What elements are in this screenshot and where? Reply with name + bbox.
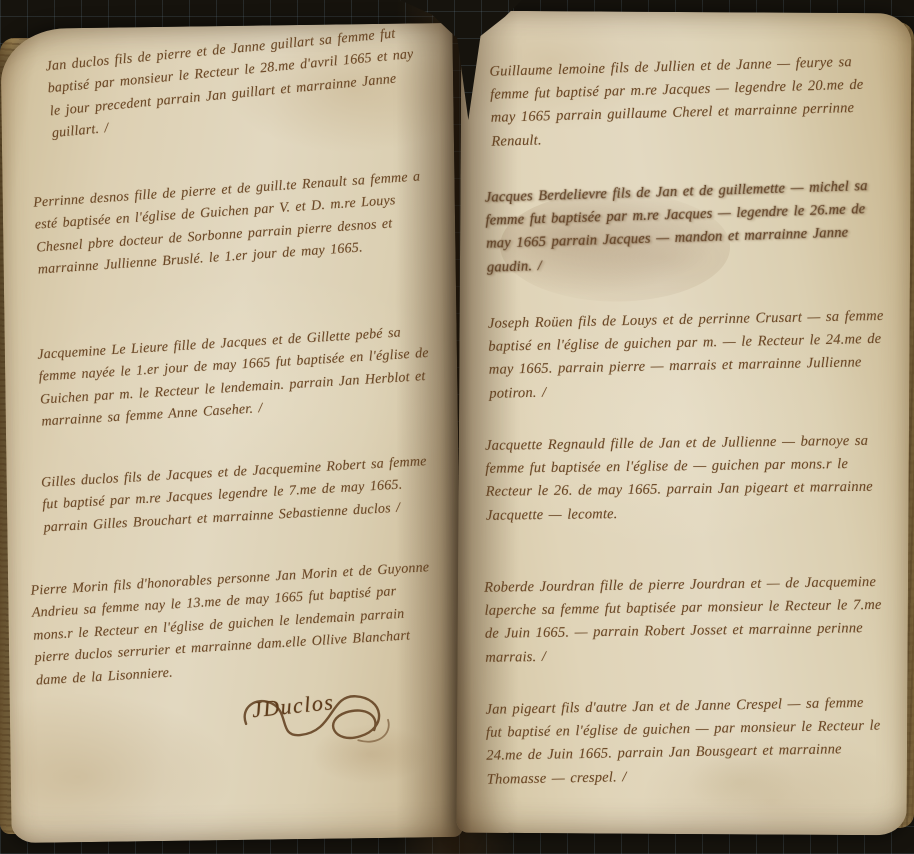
priest-signature: JDuclos [252, 693, 335, 720]
baptism-entry-roberde-jourdran: Roberde Jourdran fille de pierre Jourdra… [484, 571, 885, 670]
baptism-entry-jacquette-regnauld: Jacquette Regnauld fille de Jan et de Ju… [485, 430, 886, 528]
baptism-entry-perrinne-desnos: Perrinne desnos fille de pierre et de gu… [33, 166, 430, 282]
manuscript-page-right: Guillaume lemoine fils de Jullien et de … [456, 11, 911, 836]
baptism-entry-jan-duclos: Jan duclos fils de pierre et de Janne gu… [45, 21, 430, 146]
baptism-entry-joseph-rouen: Joseph Roüen fils de Louys et de perrinn… [488, 305, 888, 406]
manuscript-photo: { "colors": { "paper": "#e2d8c0", "paper… [0, 0, 914, 854]
baptism-entry-jacques-berdelievre: Jacques Berdelievre fils de Jan et de gu… [484, 175, 889, 280]
baptism-entry-guillaume-lemoine: Guillaume lemoine fils de Jullien et de … [489, 50, 889, 153]
baptism-entry-jacquemine-le-lieure: Jacquemine Le Lieure fille de Jacques et… [37, 321, 434, 434]
baptism-entry-gilles-duclos: Gilles duclos fils de Jacques et de Jacq… [41, 451, 436, 540]
baptism-entry-pierre-morin: Pierre Morin fils d'honorables personne … [30, 557, 440, 693]
manuscript-page-left: Jan duclos fils de pierre et de Janne gu… [0, 23, 463, 843]
baptism-entry-jan-pigeart: Jan pigeart fils d'autre Jan et de Janne… [485, 691, 885, 791]
